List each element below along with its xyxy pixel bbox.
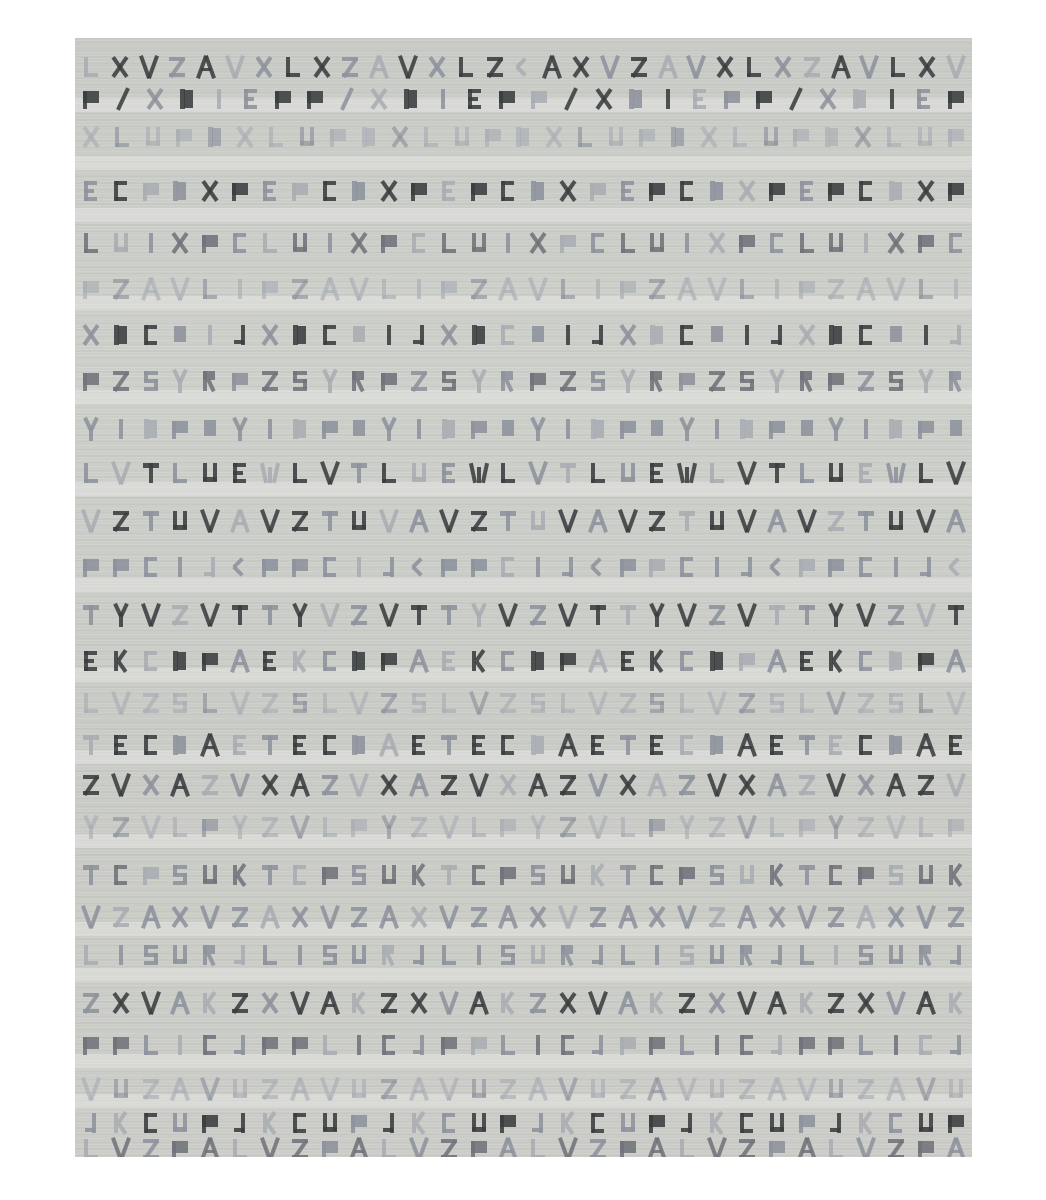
rug-glyph-motif xyxy=(260,815,280,839)
rug-glyph-motif xyxy=(856,863,876,887)
rug-glyph-motif xyxy=(707,461,727,485)
rug-glyph-motif xyxy=(409,691,429,715)
rug-glyph-motif xyxy=(513,55,533,79)
rug-glyph-motif xyxy=(409,369,429,393)
rug-glyph-motif xyxy=(111,815,131,839)
rug-glyph-motif xyxy=(200,603,220,627)
rug-glyph-motif xyxy=(916,905,936,929)
rug-glyph-motif xyxy=(677,863,697,887)
rug-glyph-motif xyxy=(200,863,220,887)
rug-glyph-motif xyxy=(737,733,757,757)
rug-glyph-motif xyxy=(618,733,638,757)
rug-glyph-motif xyxy=(81,1077,101,1101)
rug-glyph-motif xyxy=(677,369,697,393)
rug-glyph-motif xyxy=(856,733,876,757)
rug-glyph-motif xyxy=(469,509,489,533)
rug-glyph-motif xyxy=(797,991,817,1015)
rug-glyph-motif xyxy=(707,1033,727,1057)
rug-glyph-motif xyxy=(469,649,489,673)
rug-glyph-motif xyxy=(469,179,489,203)
rug-glyph-motif xyxy=(647,509,667,533)
rug-motif-row xyxy=(75,644,972,678)
rug-glyph-motif xyxy=(349,603,369,627)
rug-glyph-motif xyxy=(826,1033,846,1057)
rug-glyph-motif xyxy=(647,773,667,797)
rug-motif-row xyxy=(75,412,972,446)
rug-glyph-motif xyxy=(439,555,459,579)
rug-glyph-motif xyxy=(647,943,667,967)
rug-glyph-motif xyxy=(707,509,727,533)
rug-motif-row xyxy=(75,1132,972,1157)
rug-glyph-motif xyxy=(141,733,161,757)
rug-glyph-motif xyxy=(469,1077,489,1101)
rug-glyph-motif xyxy=(916,1033,936,1057)
rug xyxy=(75,38,972,1157)
rug-glyph-motif xyxy=(528,649,548,673)
rug-glyph-motif xyxy=(917,55,937,79)
rug-glyph-motif xyxy=(737,1077,757,1101)
rug-glyph-motif xyxy=(797,1077,817,1101)
rug-glyph-motif xyxy=(946,369,966,393)
rug-glyph-motif xyxy=(767,603,787,627)
rug-glyph-motif xyxy=(767,369,787,393)
rug-glyph-motif xyxy=(81,733,101,757)
rug-glyph-motif xyxy=(200,1077,220,1101)
rug-glyph-motif xyxy=(111,773,131,797)
rug-motif-row xyxy=(75,50,972,84)
rug-light-band xyxy=(75,208,972,222)
rug-glyph-motif xyxy=(81,991,101,1015)
rug-glyph-motif xyxy=(856,509,876,533)
rug-glyph-motif xyxy=(320,649,340,673)
rug-glyph-motif xyxy=(320,1033,340,1057)
rug-glyph-motif xyxy=(707,691,727,715)
rug-glyph-motif xyxy=(340,55,360,79)
rug-glyph-motif xyxy=(588,733,608,757)
rug-glyph-motif xyxy=(141,991,161,1015)
rug-glyph-motif xyxy=(588,943,608,967)
rug-glyph-motif xyxy=(797,733,817,757)
rug-glyph-motif xyxy=(797,323,817,347)
rug-glyph-motif xyxy=(677,179,697,203)
rug-glyph-motif xyxy=(498,1077,518,1101)
rug-glyph-motif xyxy=(290,277,310,301)
rug-glyph-motif xyxy=(886,369,906,393)
rug-glyph-motif xyxy=(379,773,399,797)
rug-glyph-motif xyxy=(618,691,638,715)
rug-glyph-motif xyxy=(737,649,757,673)
rug-glyph-motif xyxy=(826,231,846,255)
rug-glyph-motif xyxy=(588,649,608,673)
rug-glyph-motif xyxy=(558,369,578,393)
rug-glyph-motif xyxy=(409,905,429,929)
rug-glyph-motif xyxy=(856,277,876,301)
rug-glyph-motif xyxy=(946,773,966,797)
rug-glyph-motif xyxy=(856,323,876,347)
rug-glyph-motif xyxy=(141,773,161,797)
rug-glyph-motif xyxy=(170,179,190,203)
rug-glyph-motif xyxy=(558,461,578,485)
rug-motif-row xyxy=(75,504,972,538)
rug-glyph-motif xyxy=(916,509,936,533)
rug-glyph-motif xyxy=(647,1137,667,1157)
rug-glyph-motif xyxy=(81,87,101,111)
rug-glyph-motif xyxy=(469,905,489,929)
rug-glyph-motif xyxy=(439,461,459,485)
rug-glyph-motif xyxy=(886,417,906,441)
rug-glyph-motif xyxy=(174,125,194,149)
rug-glyph-motif xyxy=(390,125,410,149)
rug-glyph-motif xyxy=(647,179,667,203)
rug-glyph-motif xyxy=(767,417,787,441)
rug-glyph-motif xyxy=(439,603,459,627)
rug-glyph-motif xyxy=(558,815,578,839)
rug-glyph-motif xyxy=(167,55,187,79)
rug-glyph-motif xyxy=(859,55,879,79)
rug-glyph-motif xyxy=(882,87,902,111)
rug-motif-row xyxy=(75,986,972,1020)
rug-glyph-motif xyxy=(797,691,817,715)
rug-glyph-motif xyxy=(439,733,459,757)
rug-glyph-motif xyxy=(707,555,727,579)
rug-glyph-motif xyxy=(409,1033,429,1057)
rug-glyph-motif xyxy=(826,815,846,839)
rug-glyph-motif xyxy=(946,55,966,79)
rug-glyph-motif xyxy=(831,55,851,79)
rug-glyph-motif xyxy=(200,369,220,393)
rug-glyph-motif xyxy=(767,733,787,757)
rug-glyph-motif xyxy=(469,369,489,393)
rug-glyph-motif xyxy=(141,1077,161,1101)
rug-glyph-motif xyxy=(618,1033,638,1057)
rug-glyph-motif xyxy=(618,943,638,967)
rug-glyph-motif xyxy=(886,773,906,797)
rug-glyph-motif xyxy=(856,231,876,255)
rug-glyph-motif xyxy=(767,905,787,929)
rug-glyph-motif xyxy=(588,863,608,887)
rug-glyph-motif xyxy=(797,369,817,393)
rug-glyph-motif xyxy=(379,649,399,673)
rug-glyph-motif xyxy=(886,323,906,347)
rug-glyph-motif xyxy=(290,863,310,887)
rug-glyph-motif xyxy=(856,1077,876,1101)
rug-glyph-motif xyxy=(469,461,489,485)
rug-glyph-motif xyxy=(647,1033,667,1057)
rug-glyph-motif xyxy=(618,905,638,929)
rug-glyph-motif xyxy=(111,603,131,627)
rug-glyph-motif xyxy=(469,815,489,839)
rug-glyph-motif xyxy=(81,323,101,347)
rug-glyph-motif xyxy=(439,1033,459,1057)
rug-glyph-motif xyxy=(409,773,429,797)
rug-glyph-motif xyxy=(826,179,846,203)
rug-glyph-motif xyxy=(558,277,578,301)
rug-glyph-motif xyxy=(230,1077,250,1101)
rug-glyph-motif xyxy=(618,773,638,797)
rug-glyph-motif xyxy=(235,125,255,149)
rug-glyph-motif xyxy=(452,125,472,149)
rug-glyph-motif xyxy=(647,603,667,627)
rug-glyph-motif xyxy=(409,1137,429,1157)
rug-glyph-motif xyxy=(677,231,697,255)
rug-glyph-motif xyxy=(916,461,936,485)
rug-glyph-motif xyxy=(200,649,220,673)
rug-glyph-motif xyxy=(588,1033,608,1057)
rug-glyph-motif xyxy=(498,603,518,627)
rug-glyph-motif xyxy=(767,231,787,255)
rug-glyph-motif xyxy=(200,179,220,203)
rug-glyph-motif xyxy=(558,603,578,627)
rug-glyph-motif xyxy=(886,905,906,929)
rug-glyph-motif xyxy=(558,943,578,967)
rug-glyph-motif xyxy=(439,649,459,673)
rug-glyph-motif xyxy=(409,733,429,757)
rug-glyph-motif xyxy=(290,555,310,579)
rug-glyph-motif xyxy=(826,733,846,757)
rug-glyph-motif xyxy=(260,417,280,441)
rug-glyph-motif xyxy=(170,815,190,839)
rug-glyph-motif xyxy=(320,863,340,887)
rug-glyph-motif xyxy=(797,603,817,627)
rug-glyph-motif xyxy=(946,87,966,111)
rug-glyph-motif xyxy=(349,323,369,347)
rug-glyph-motif xyxy=(409,231,429,255)
rug-glyph-motif xyxy=(141,691,161,715)
rug-glyph-motif xyxy=(528,863,548,887)
rug-glyph-motif xyxy=(722,87,742,111)
rug-glyph-motif xyxy=(647,733,667,757)
rug-glyph-motif xyxy=(797,509,817,533)
rug-glyph-motif xyxy=(528,555,548,579)
rug-glyph-motif xyxy=(737,509,757,533)
rug-glyph-motif xyxy=(290,509,310,533)
rug-glyph-motif xyxy=(427,55,447,79)
rug-glyph-motif xyxy=(528,509,548,533)
rug-glyph-motif xyxy=(112,125,132,149)
rug-glyph-motif xyxy=(588,603,608,627)
rug-glyph-motif xyxy=(658,55,678,79)
rug-glyph-motif xyxy=(707,905,727,929)
rug-glyph-motif xyxy=(297,125,317,149)
rug-glyph-motif xyxy=(409,1077,429,1101)
rug-glyph-motif xyxy=(439,991,459,1015)
rug-glyph-motif xyxy=(469,603,489,627)
rug-glyph-motif xyxy=(946,649,966,673)
rug-glyph-motif xyxy=(290,649,310,673)
rug-glyph-motif xyxy=(707,1137,727,1157)
rug-glyph-motif xyxy=(439,815,459,839)
rug-glyph-motif xyxy=(737,815,757,839)
rug-glyph-motif xyxy=(826,691,846,715)
rug-glyph-motif xyxy=(946,733,966,757)
rug-glyph-motif xyxy=(588,509,608,533)
rug-glyph-motif xyxy=(230,905,250,929)
rug-glyph-motif xyxy=(260,691,280,715)
rug-glyph-motif xyxy=(170,991,190,1015)
rug-glyph-motif xyxy=(618,277,638,301)
rug-glyph-motif xyxy=(802,55,822,79)
rug-glyph-motif xyxy=(349,1137,369,1157)
rug-glyph-motif xyxy=(81,603,101,627)
rug-glyph-motif xyxy=(260,1077,280,1101)
rug-glyph-motif xyxy=(767,555,787,579)
rug-glyph-motif xyxy=(111,733,131,757)
rug-glyph-motif xyxy=(767,649,787,673)
rug-glyph-motif xyxy=(439,179,459,203)
rug-glyph-motif xyxy=(528,417,548,441)
rug-glyph-motif xyxy=(260,733,280,757)
rug-glyph-motif xyxy=(230,691,250,715)
rug-glyph-motif xyxy=(588,555,608,579)
rug-glyph-motif xyxy=(916,369,936,393)
rug-glyph-motif xyxy=(111,323,131,347)
rug-glyph-motif xyxy=(498,369,518,393)
rug-glyph-motif xyxy=(707,733,727,757)
rug-glyph-motif xyxy=(618,1077,638,1101)
rug-glyph-motif xyxy=(647,691,667,715)
rug-glyph-motif xyxy=(668,125,688,149)
rug-glyph-motif xyxy=(409,509,429,533)
rug-glyph-motif xyxy=(618,509,638,533)
rug-glyph-motif xyxy=(916,603,936,627)
rug-glyph-motif xyxy=(588,323,608,347)
rug-glyph-motif xyxy=(916,733,936,757)
rug-glyph-motif xyxy=(170,863,190,887)
rug-glyph-motif xyxy=(141,1033,161,1057)
rug-glyph-motif xyxy=(916,1137,936,1157)
rug-glyph-motif xyxy=(379,815,399,839)
rug-glyph-motif xyxy=(588,1077,608,1101)
rug-motif-row xyxy=(75,858,972,892)
rug-glyph-motif xyxy=(558,509,578,533)
rug-glyph-motif xyxy=(886,1137,906,1157)
rug-glyph-motif xyxy=(349,369,369,393)
rug-glyph-motif xyxy=(312,55,332,79)
rug-glyph-motif xyxy=(170,1077,190,1101)
rug-glyph-motif xyxy=(884,125,904,149)
rug-glyph-motif xyxy=(618,815,638,839)
rug-glyph-motif xyxy=(170,773,190,797)
rug-glyph-motif xyxy=(379,1077,399,1101)
rug-glyph-motif xyxy=(618,417,638,441)
rug-glyph-motif xyxy=(946,323,966,347)
rug-glyph-motif xyxy=(379,179,399,203)
rug-glyph-motif xyxy=(558,555,578,579)
rug-glyph-motif xyxy=(465,87,485,111)
rug-glyph-motif xyxy=(946,179,966,203)
rug-motif-row xyxy=(75,82,972,116)
rug-glyph-motif xyxy=(81,461,101,485)
rug-glyph-motif xyxy=(290,691,310,715)
rug-glyph-motif xyxy=(737,369,757,393)
rug-glyph-motif xyxy=(290,603,310,627)
rug-glyph-motif xyxy=(498,863,518,887)
rug-glyph-motif xyxy=(856,603,876,627)
rug-glyph-motif xyxy=(528,277,548,301)
rug-glyph-motif xyxy=(946,461,966,485)
rug-glyph-motif xyxy=(170,943,190,967)
rug-glyph-motif xyxy=(349,733,369,757)
rug-glyph-motif xyxy=(170,1137,190,1157)
rug-glyph-motif xyxy=(677,905,697,929)
rug-glyph-motif xyxy=(143,125,163,149)
rug-glyph-motif xyxy=(498,905,518,929)
rug-glyph-motif xyxy=(200,815,220,839)
rug-glyph-motif xyxy=(283,55,303,79)
rug-glyph-motif xyxy=(409,991,429,1015)
rug-glyph-motif xyxy=(737,555,757,579)
rug-glyph-motif xyxy=(409,277,429,301)
rug-glyph-motif xyxy=(946,691,966,715)
rug-glyph-motif xyxy=(439,863,459,887)
rug-glyph-motif xyxy=(946,231,966,255)
rug-glyph-motif xyxy=(529,87,549,111)
rug-glyph-motif xyxy=(111,905,131,929)
rug-glyph-motif xyxy=(200,733,220,757)
rug-glyph-motif xyxy=(856,179,876,203)
rug-glyph-motif xyxy=(767,863,787,887)
rug-glyph-motif xyxy=(433,87,453,111)
rug-glyph-motif xyxy=(141,323,161,347)
rug-glyph-motif xyxy=(588,369,608,393)
rug-glyph-motif xyxy=(856,691,876,715)
rug-glyph-motif xyxy=(290,991,310,1015)
rug-glyph-motif xyxy=(349,691,369,715)
rug-glyph-motif xyxy=(81,277,101,301)
rug-glyph-motif xyxy=(379,323,399,347)
rug-glyph-motif xyxy=(791,125,811,149)
rug-glyph-motif xyxy=(737,461,757,485)
rug-glyph-motif xyxy=(260,277,280,301)
rug-glyph-motif xyxy=(200,509,220,533)
rug-glyph-motif xyxy=(677,991,697,1015)
rug-glyph-motif xyxy=(230,733,250,757)
rug-glyph-motif xyxy=(349,815,369,839)
rug-glyph-motif xyxy=(230,773,250,797)
rug-glyph-motif xyxy=(290,905,310,929)
rug-glyph-motif xyxy=(826,369,846,393)
rug-glyph-motif xyxy=(320,509,340,533)
rug-glyph-motif xyxy=(170,461,190,485)
rug-glyph-motif xyxy=(349,231,369,255)
rug-glyph-motif xyxy=(469,773,489,797)
rug-glyph-motif xyxy=(826,1077,846,1101)
rug-glyph-motif xyxy=(677,509,697,533)
rug-glyph-motif xyxy=(513,125,533,149)
rug-glyph-motif xyxy=(618,369,638,393)
rug-glyph-motif xyxy=(707,369,727,393)
rug-glyph-motif xyxy=(677,461,697,485)
rug-glyph-motif xyxy=(767,773,787,797)
rug-glyph-motif xyxy=(349,509,369,533)
rug-glyph-motif xyxy=(469,691,489,715)
rug-glyph-motif xyxy=(886,863,906,887)
rug-glyph-motif xyxy=(618,231,638,255)
rug-glyph-motif xyxy=(797,555,817,579)
rug-glyph-motif xyxy=(260,603,280,627)
rug-glyph-motif xyxy=(170,323,190,347)
rug-glyph-motif xyxy=(230,461,250,485)
rug-glyph-motif xyxy=(81,773,101,797)
rug-glyph-motif xyxy=(113,87,133,111)
rug-glyph-motif xyxy=(141,179,161,203)
rug-glyph-motif xyxy=(230,277,250,301)
rug-glyph-motif xyxy=(260,555,280,579)
rug-glyph-motif xyxy=(290,369,310,393)
rug-glyph-motif xyxy=(485,55,505,79)
rug-glyph-motif xyxy=(677,277,697,301)
rug-glyph-motif xyxy=(797,277,817,301)
